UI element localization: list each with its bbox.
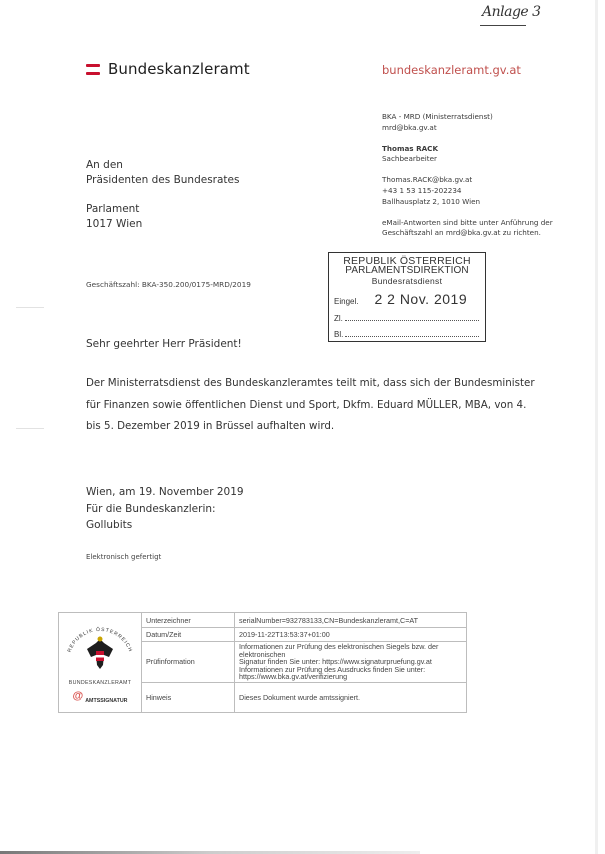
- coat-of-arms-icon: REPUBLIK ÖSTERREICH: [61, 622, 139, 676]
- row-value-note: Dieses Dokument wurde amtssigniert.: [235, 682, 467, 712]
- stamp-zl-dots: [345, 312, 479, 321]
- sender-address: Ballhausplatz 2, 1010 Wien: [382, 197, 582, 208]
- verification-line4[interactable]: https://www.bka.gv.at/verifizierung: [239, 673, 462, 681]
- recipient-line3: Parlament: [86, 202, 239, 217]
- stamp-bl-dots: [345, 328, 479, 337]
- reference-number: Geschäftszahl: BKA-350.200/0175-MRD/2019: [86, 280, 251, 289]
- row-label-signer: Unterzeichner: [142, 613, 235, 628]
- sender-note-line1: eMail-Antworten sind bitte unter Anführu…: [382, 218, 582, 229]
- at-sign-icon: @: [72, 692, 83, 701]
- logo-text: Bundeskanzleramt: [108, 60, 250, 78]
- margin-fold-mark-top: [16, 307, 44, 308]
- stamp-bl-label: Bl.: [334, 330, 343, 339]
- row-label-note: Hinweis: [142, 682, 235, 712]
- row-value-signer: serialNumber=932783133,CN=Bundeskanzlera…: [235, 613, 467, 628]
- website-link[interactable]: bundeskanzleramt.gv.at: [382, 63, 521, 77]
- stamp-received-row: Eingel. 2 2 Nov. 2019: [329, 291, 485, 307]
- austria-flag-icon: [86, 64, 100, 75]
- recipient-line2: Präsidenten des Bundesrates: [86, 173, 239, 188]
- amtssignatur-text: AMTSSIGNATUR: [85, 698, 127, 704]
- sender-note-line2: Geschäftszahl an mrd@bka.gv.at zu richte…: [382, 228, 582, 239]
- sender-name: Thomas RACK: [382, 144, 582, 155]
- recipient-block: An den Präsidenten des Bundesrates Parla…: [86, 158, 239, 232]
- scan-edge-right: [595, 0, 598, 854]
- annotation-underline: [480, 25, 526, 26]
- stamp-received-date: 2 2 Nov. 2019: [374, 291, 467, 307]
- row-value-verification: Informationen zur Prüfung des elektronis…: [235, 642, 467, 683]
- sender-role: Sachbearbeiter: [382, 154, 582, 165]
- handwritten-annotation: Anlage 3: [482, 4, 541, 20]
- letterhead-logo: Bundeskanzleramt: [86, 60, 250, 78]
- margin-fold-mark-bottom: [16, 428, 44, 429]
- sender-department-email[interactable]: mrd@bka.gv.at: [382, 123, 582, 134]
- stamp-received-label: Eingel.: [334, 297, 358, 306]
- row-label-datetime: Datum/Zeit: [142, 628, 235, 642]
- stamp-bl-row: Bl.: [329, 328, 485, 339]
- stamp-line3: Bundesratsdienst: [329, 276, 485, 286]
- place-date: Wien, am 19. November 2019: [86, 484, 244, 501]
- sender-phone: +43 1 53 115-202234: [382, 186, 582, 197]
- received-stamp: REPUBLIK ÖSTERREICH PARLAMENTSDIREKTION …: [328, 252, 486, 342]
- signatory: Gollubits: [86, 517, 244, 534]
- salutation: Sehr geehrter Herr Präsident!: [86, 338, 242, 350]
- sender-block: BKA - MRD (Ministerratsdienst) mrd@bka.g…: [382, 112, 582, 239]
- recipient-line4: 1017 Wien: [86, 217, 239, 232]
- amtssignatur-badge: @ AMTSSIGNATUR: [59, 690, 141, 704]
- stamp-zl-label: Zl.: [334, 314, 343, 323]
- electronically-signed-note: Elektronisch gefertigt: [86, 553, 161, 561]
- stamp-line2: PARLAMENTSDIREKTION: [329, 266, 485, 276]
- signature-table: REPUBLIK ÖSTERREICH BUNDESKANZLERAMT @ A…: [58, 612, 467, 713]
- sender-email[interactable]: Thomas.RACK@bka.gv.at: [382, 175, 582, 186]
- sender-department: BKA - MRD (Ministerratsdienst): [382, 112, 582, 123]
- recipient-line1: An den: [86, 158, 239, 173]
- row-value-datetime: 2019-11-22T13:53:37+01:00: [235, 628, 467, 642]
- stamp-zl-row: Zl.: [329, 312, 485, 323]
- seal-org: BUNDESKANZLERAMT: [59, 680, 141, 686]
- on-behalf: Für die Bundeskanzlerin:: [86, 501, 244, 518]
- row-label-verification: Prüfinformation: [142, 642, 235, 683]
- letter-body: Der Ministerratsdienst des Bundeskanzler…: [86, 373, 536, 438]
- verification-line1: Informationen zur Prüfung des elektronis…: [239, 643, 462, 658]
- seal-cell: REPUBLIK ÖSTERREICH BUNDESKANZLERAMT @ A…: [59, 613, 142, 713]
- closing-block: Wien, am 19. November 2019 Für die Bunde…: [86, 484, 244, 534]
